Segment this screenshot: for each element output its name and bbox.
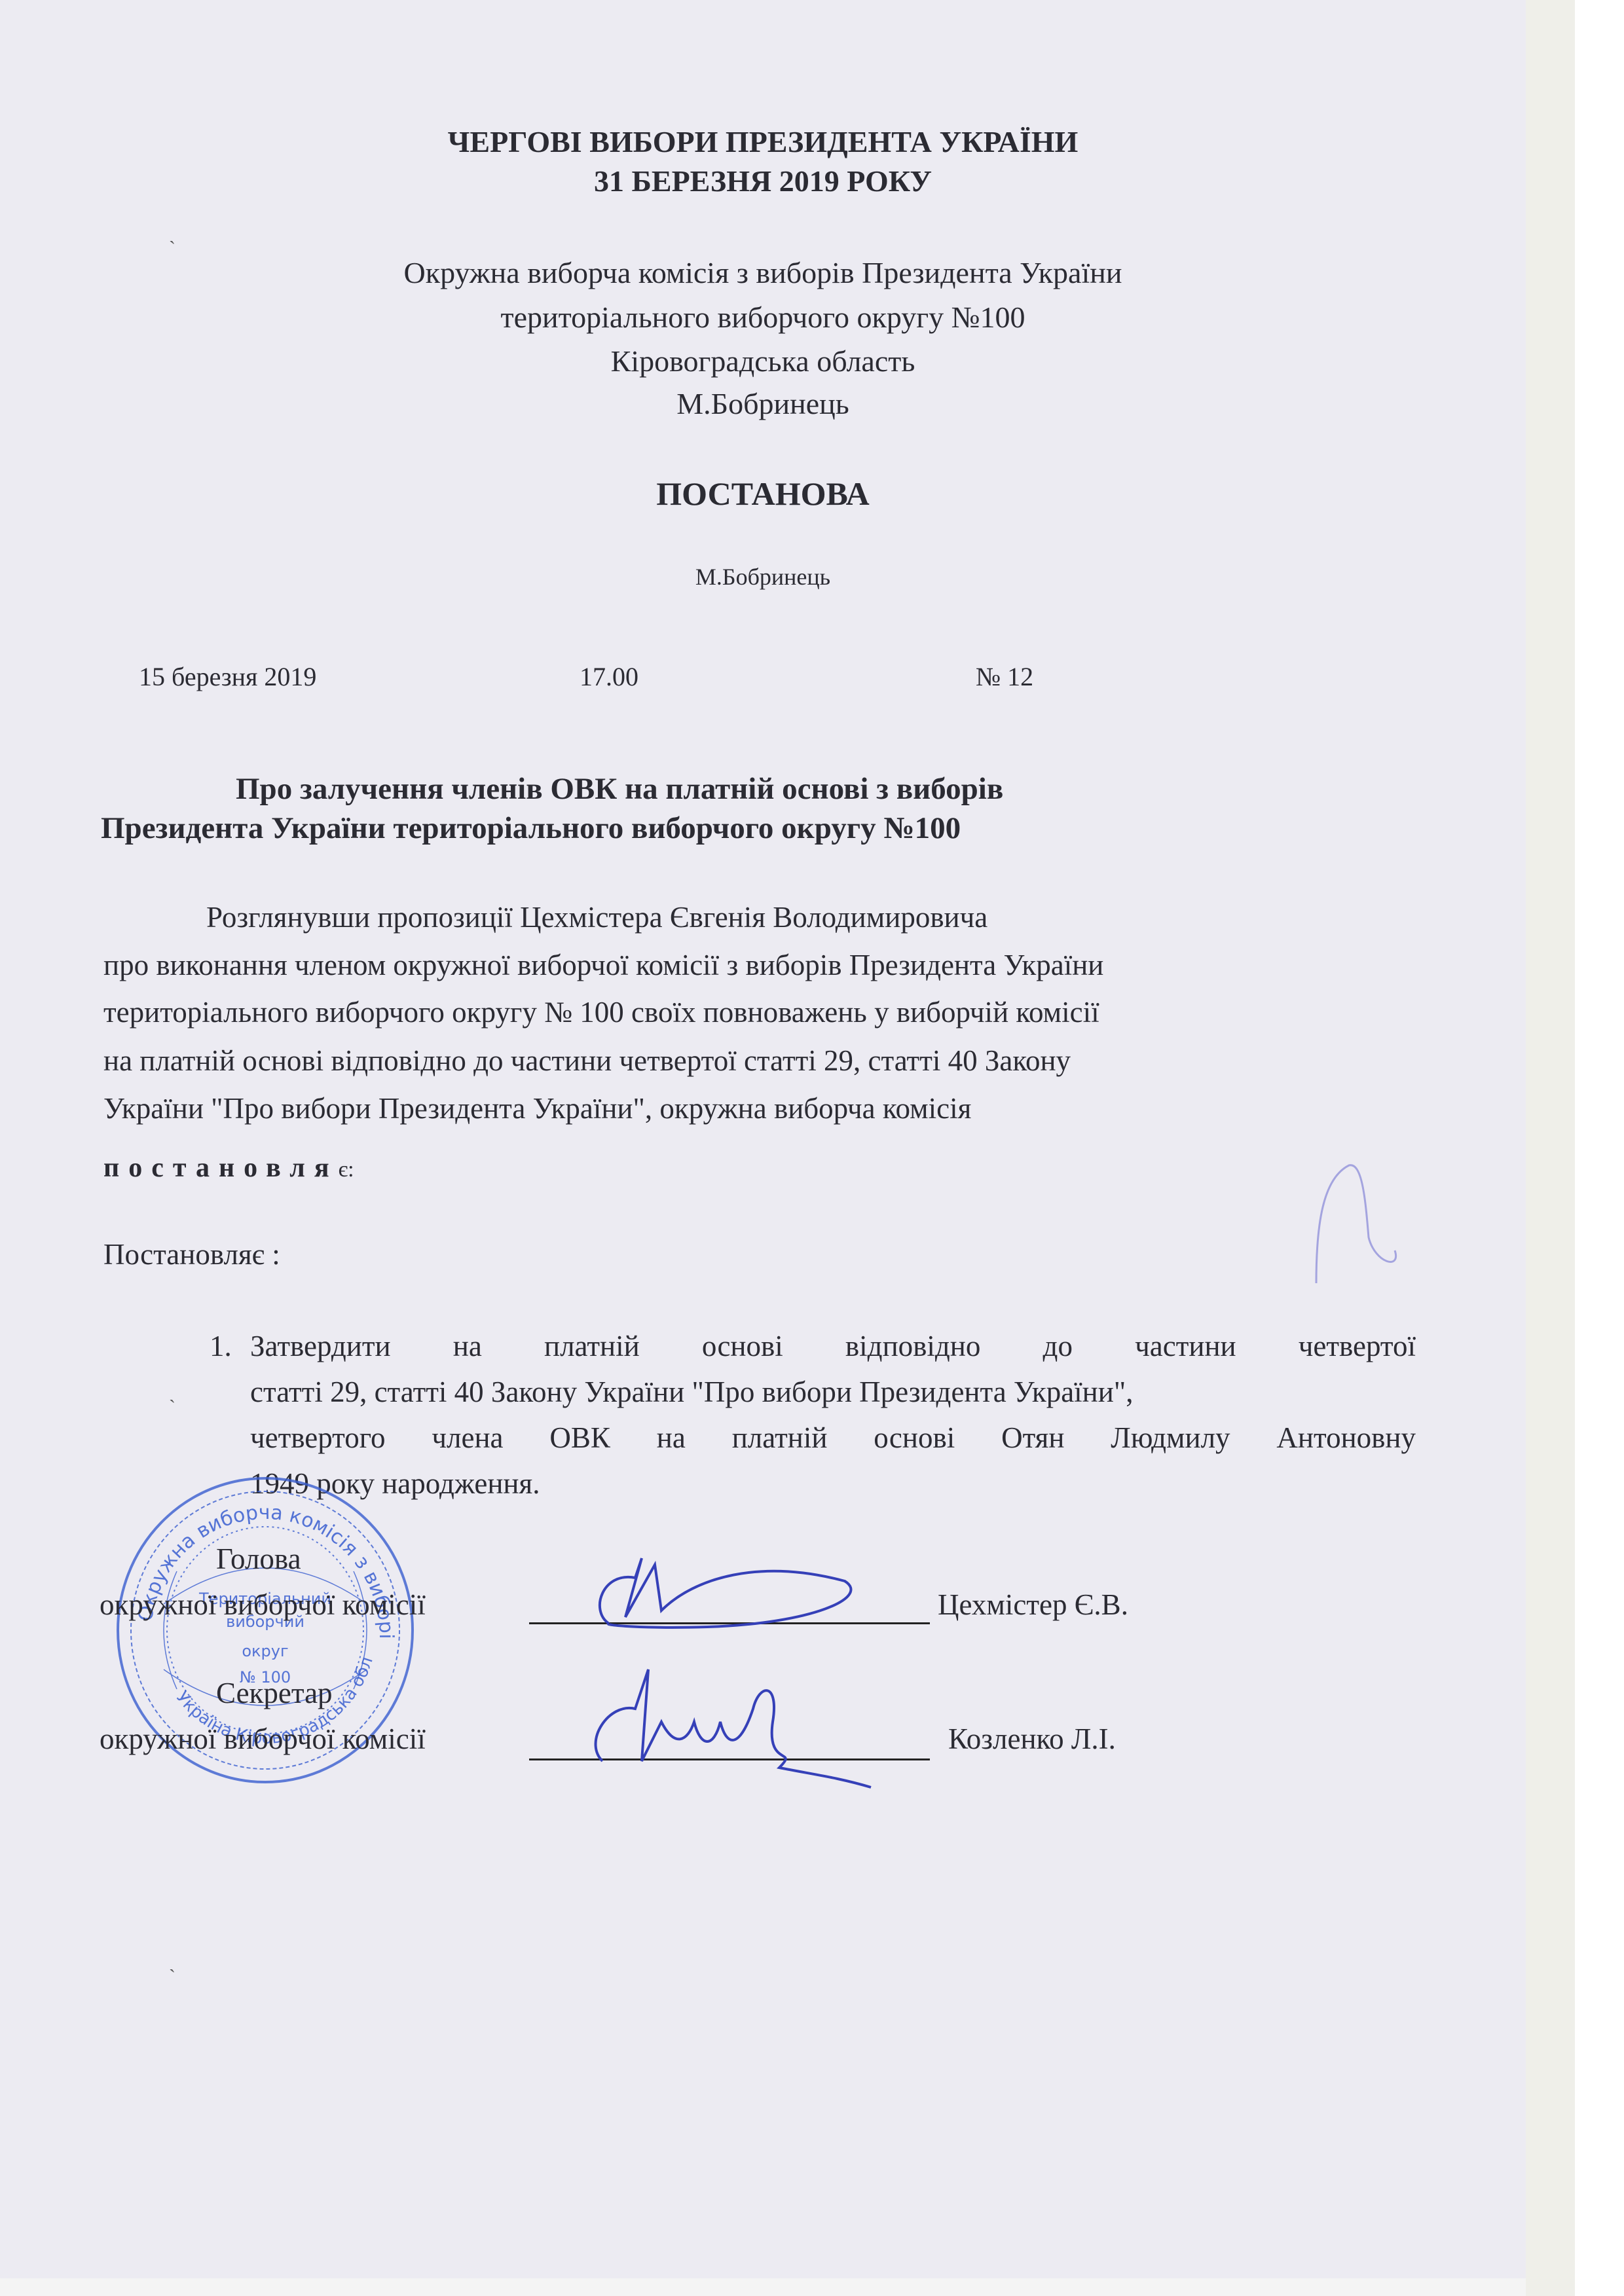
handwritten-signature-chair-icon [563, 1552, 877, 1637]
signature-role-chair: Голова [216, 1542, 301, 1576]
subject-line2: Президента України територіального вибор… [101, 811, 961, 846]
commission-city: М.Бобринець [0, 386, 1526, 421]
signature-name-chair: Цехмістер Є.В. [938, 1588, 1128, 1622]
scan-speck: ˏ [169, 223, 175, 245]
commission-name-line2: територіального виборчого округу №100 [0, 300, 1526, 335]
scan-speck: ˏ [169, 1381, 175, 1404]
list-item-line: четвертого члена ОВК на платній основі О… [250, 1421, 1416, 1455]
body-line: територіального виборчого округу № 100 с… [103, 995, 1099, 1029]
signature-role-chair-org: окружної виборчої комісії [100, 1588, 426, 1622]
election-header-line2: 31 БЕРЕЗНЯ 2019 РОКУ [0, 164, 1526, 198]
body-line: Розглянувши пропозиції Цехмістера Євгені… [206, 900, 987, 934]
handwritten-signature-secretary-icon [563, 1663, 904, 1794]
signature-role-secretary: Секретар [216, 1676, 333, 1710]
scan-speck: ˏ [169, 1951, 175, 1973]
subject-line1: Про залучення членів ОВК на платній осно… [236, 771, 1003, 807]
document-date: 15 березня 2019 [139, 661, 316, 692]
commission-region: Кіровоградська область [0, 344, 1526, 378]
resolves-heading: постановляє: [103, 1152, 354, 1184]
list-item-number: 1. [210, 1329, 232, 1363]
document-title: ПОСТАНОВА [0, 475, 1526, 513]
resolves-spaced: постановля [103, 1153, 339, 1183]
commission-name-line1: Окружна виборча комісія з виборів Презид… [0, 255, 1526, 290]
resolves-label: Постановляє : [103, 1237, 280, 1271]
pen-mark-icon [1290, 1126, 1408, 1290]
signature-name-secretary: Козленко Л.І. [948, 1722, 1116, 1756]
document-number: № 12 [976, 661, 1033, 692]
list-item-line: Затвердити на платній основі відповідно … [250, 1329, 1416, 1363]
body-line: на платній основі відповідно до частини … [103, 1044, 1071, 1078]
body-line: про виконання членом окружної виборчої к… [103, 948, 1103, 982]
list-item-line: статті 29, статті 40 Закону України "Про… [250, 1375, 1133, 1409]
resolves-suffix: є: [339, 1157, 354, 1182]
scan-bottom-margin [0, 2278, 1526, 2296]
scan-margin [1575, 0, 1624, 2296]
scan-edge-strip [1526, 0, 1575, 2296]
body-line: України "Про вибори Президента України",… [103, 1091, 971, 1125]
document-time: 17.00 [580, 661, 638, 692]
document-place: М.Бобринець [0, 563, 1526, 591]
election-header-line1: ЧЕРГОВІ ВИБОРИ ПРЕЗИДЕНТА УКРАЇНИ [0, 124, 1526, 159]
svg-text:округ: округ [242, 1642, 288, 1660]
signature-role-secretary-org: окружної виборчої комісії [100, 1722, 426, 1756]
